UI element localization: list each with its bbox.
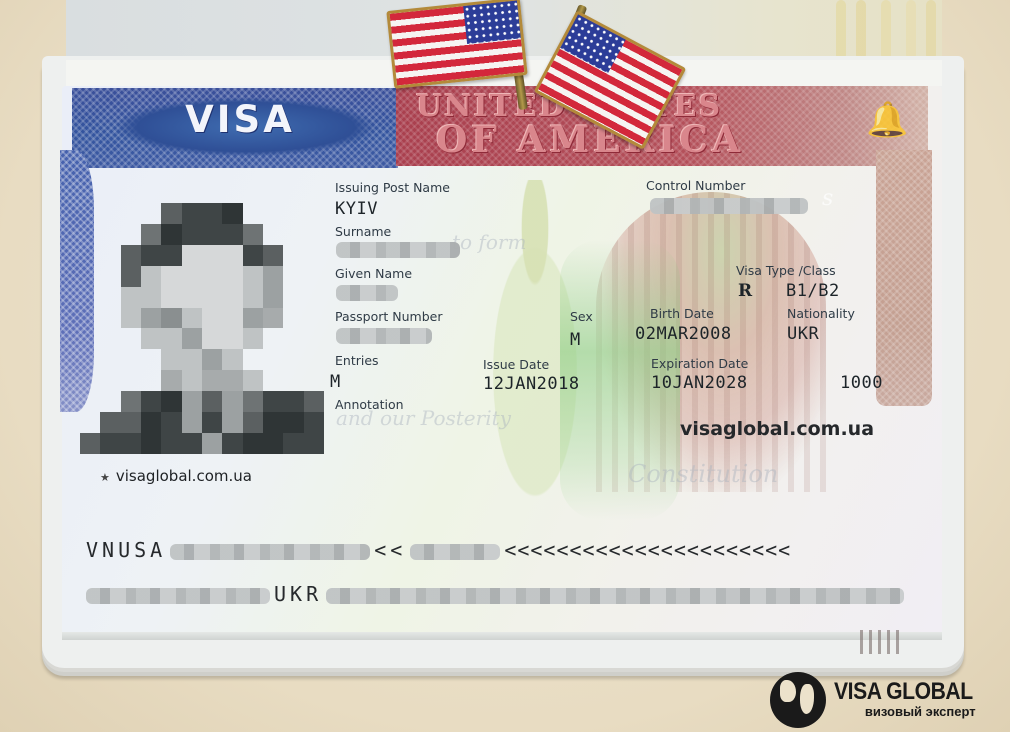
- value-extra-number: 1000: [840, 373, 883, 393]
- label-entries: Entries: [335, 353, 379, 368]
- mrz-nationality: UKR: [274, 582, 322, 606]
- value-issuing-post: KYIV: [335, 199, 378, 219]
- mrz-line-2: UKR: [86, 582, 904, 606]
- mrz-given-redacted: [410, 544, 500, 560]
- mrz-number-redacted: [86, 588, 270, 604]
- label-nationality: Nationality: [787, 306, 855, 321]
- label-control-number: Control Number: [646, 178, 745, 193]
- us-flag-pin-left: [386, 0, 527, 89]
- value-entries: M: [330, 372, 341, 392]
- mrz-separator: <<: [374, 538, 406, 562]
- label-issue-date: Issue Date: [483, 357, 549, 372]
- passport-page-edge: [62, 632, 942, 640]
- site-watermark-photo-text: visaglobal.com.ua: [116, 467, 252, 485]
- value-control-number-redacted: [650, 198, 808, 214]
- watermark-text: s: [822, 186, 833, 211]
- page-edge-marks: [860, 630, 900, 654]
- flag-stars-canton: [463, 1, 521, 44]
- watermark-text: to form: [452, 230, 526, 254]
- value-given-name-redacted: [336, 285, 398, 301]
- mrz-prefix: VNUSA: [86, 538, 166, 562]
- value-nationality: UKR: [787, 324, 819, 344]
- value-birth-date: 02MAR2008: [635, 324, 732, 344]
- logo-text: VISA GLOBAL визовый эксперт: [834, 680, 992, 720]
- mrz-rest-redacted: [326, 588, 904, 604]
- label-issuing-post: Issuing Post Name: [335, 180, 450, 195]
- label-annotation: Annotation: [335, 397, 404, 412]
- value-passport-number-redacted: [336, 328, 432, 344]
- security-band-right: [876, 150, 932, 406]
- visa-global-logo: VISA GLOBAL визовый эксперт: [770, 672, 992, 728]
- label-expiration-date: Expiration Date: [651, 356, 748, 371]
- site-watermark-photo: ★visaglobal.com.ua: [100, 467, 252, 485]
- star-icon: ★: [100, 471, 110, 484]
- mrz-line-1: VNUSA<<<<<<<<<<<<<<<<<<<<<<<<: [86, 538, 791, 562]
- value-issue-date: 12JAN2018: [483, 374, 580, 394]
- label-visa-type: Visa Type /Class: [736, 263, 836, 278]
- value-visa-type: R: [738, 281, 753, 301]
- label-given-name: Given Name: [335, 266, 412, 281]
- value-visa-class: B1/B2: [786, 281, 840, 301]
- logo-subtitle: визовый эксперт: [865, 704, 976, 720]
- visa-title: VISA: [160, 98, 320, 141]
- globe-icon: [770, 672, 826, 728]
- mrz-filler: <<<<<<<<<<<<<<<<<<<<<<: [504, 538, 791, 562]
- value-surname-redacted: [336, 242, 460, 258]
- label-passport-number: Passport Number: [335, 309, 442, 324]
- value-sex: M: [570, 330, 581, 350]
- value-expiration-date: 10JAN2028: [651, 373, 748, 393]
- site-watermark-center: visaglobal.com.ua: [680, 418, 874, 440]
- label-surname: Surname: [335, 224, 391, 239]
- logo-title: VISA GLOBAL: [834, 680, 973, 704]
- label-sex: Sex: [570, 309, 593, 324]
- label-birth-date: Birth Date: [650, 306, 714, 321]
- watermark-text: Constitution: [628, 460, 778, 488]
- applicant-photo-pixelated: [80, 182, 324, 454]
- mrz-surname-redacted: [170, 544, 370, 560]
- liberty-bell-icon: 🔔: [866, 96, 902, 144]
